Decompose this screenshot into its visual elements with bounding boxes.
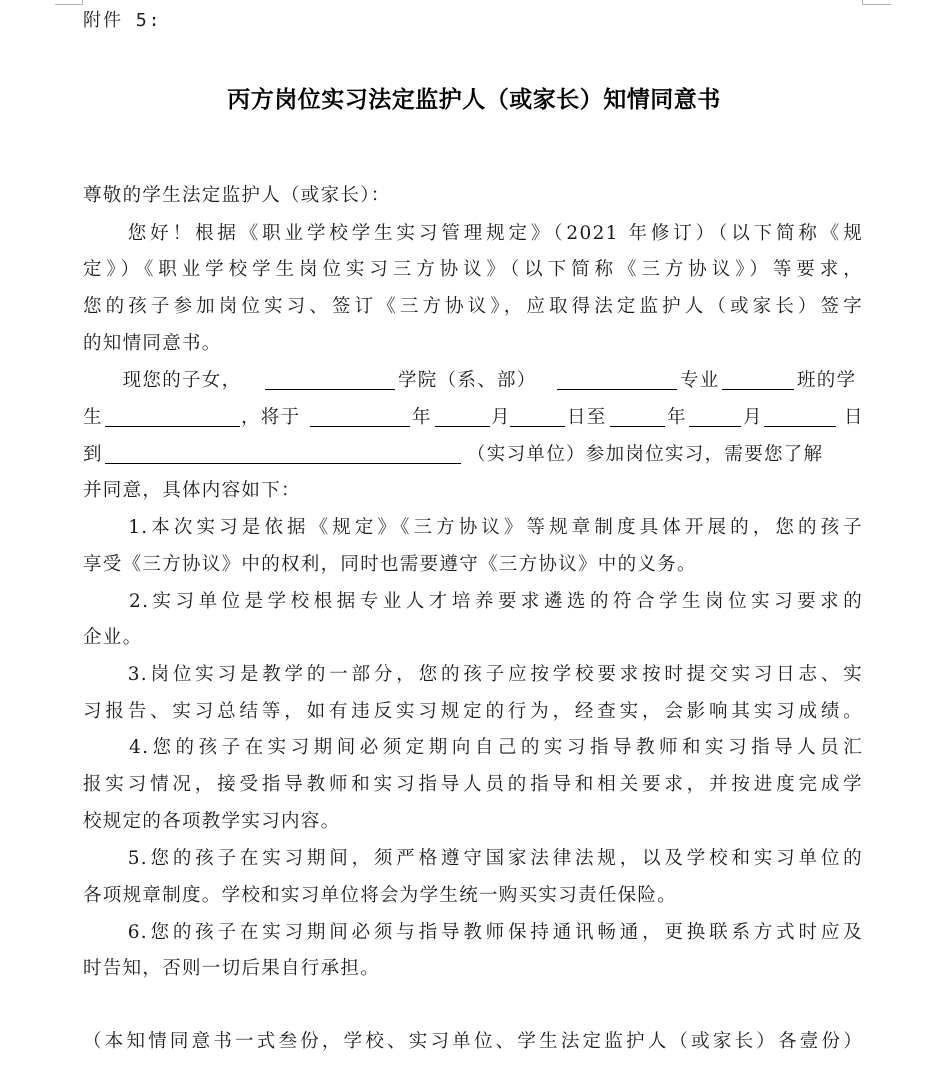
document-title: 丙方岗位实习法定监护人（或家长）知情同意书 xyxy=(0,81,948,114)
end-day-blank[interactable] xyxy=(764,426,836,427)
item-6-line-1: 6.您的孩子在实习期间必须与指导教师保持通讯畅通，更换联系方式时应及 xyxy=(83,918,863,948)
attachment-label: 附件 5: xyxy=(83,6,162,32)
item-5-line-1: 5.您的孩子在实习期间，须严格遵守国家法律法规，以及学校和实习单位的 xyxy=(83,844,863,874)
item-5-line-2: 各项规章制度。学校和实习单位将会为学生统一购买实习责任保险。 xyxy=(83,881,863,911)
end-year-blank[interactable] xyxy=(610,426,665,427)
item-3-line-1: 3.岗位实习是教学的一部分，您的孩子应按学校要求按时提交实习日志、实 xyxy=(83,660,863,690)
item-6-line-2: 时告知，否则一切后果自行承担。 xyxy=(83,954,863,984)
internship-unit-blank[interactable] xyxy=(105,463,461,464)
start-year-blank[interactable] xyxy=(310,426,410,427)
item-4-line-3: 校规定的各项教学实习内容。 xyxy=(83,807,863,837)
item-4-line-1: 4.您的孩子在实习期间必须定期向自己的实习指导教师和实习指导人员汇 xyxy=(83,733,863,763)
item-2-line-2: 企业。 xyxy=(83,623,863,653)
year-label-2: 年 xyxy=(667,403,687,433)
start-month-blank[interactable] xyxy=(435,426,490,427)
college-blank[interactable] xyxy=(265,389,395,390)
start-day-blank[interactable] xyxy=(510,426,565,427)
item-1-line-2: 享受《三方协议》中的权利，同时也需要遵守《三方协议》中的义务。 xyxy=(83,550,863,580)
class-suffix: 班的学 xyxy=(797,366,856,396)
item-2-line-1: 2.实习单位是学校根据专业人才培养要求遴选的符合学生岗位实习要求的 xyxy=(83,587,863,617)
intro-line-2: 定》）《职业学校学生岗位实习三方协议》（以下简称《三方协议》）等要求， xyxy=(83,255,863,285)
major-suffix: 专业 xyxy=(680,366,720,396)
form-line-4: 并同意，具体内容如下： xyxy=(83,476,863,506)
end-month-blank[interactable] xyxy=(689,426,741,427)
salutation: 尊敬的学生法定监护人（或家长）： xyxy=(83,181,863,211)
form-line1-prefix: 现您的子女， xyxy=(83,366,241,396)
item-4-line-2: 报实习情况，接受指导教师和实习指导人员的指导和相关要求，并按进度完成学 xyxy=(83,770,863,800)
day-label-2: 日 xyxy=(844,403,864,433)
page-corner-mark-left xyxy=(55,0,83,5)
page-corner-mark-right xyxy=(862,0,891,5)
form-line-1: 现您的子女， 学院（系、部） 专业 班的学 xyxy=(83,366,863,396)
year-label-1: 年 xyxy=(412,403,432,433)
month-label-2: 月 xyxy=(743,403,763,433)
intro-line-3: 您的孩子参加岗位实习、签订《三方协议》，应取得法定监护人（或家长）签字 xyxy=(83,292,863,322)
college-suffix: 学院（系、部） xyxy=(398,366,537,396)
day-to-label: 日至 xyxy=(567,403,607,433)
class-blank[interactable] xyxy=(722,389,794,390)
month-label-1: 月 xyxy=(491,403,511,433)
item-1-line-1: 1.本次实习是依据《规定》《三方协议》等规章制度具体开展的，您的孩子 xyxy=(83,513,863,543)
form-line3-suffix: （实习单位）参加岗位实习，需要您了解 xyxy=(467,440,823,470)
intro-line-1: 您好！根据《职业学校学生实习管理规定》（2021 年修订）（以下简称《规 xyxy=(83,219,863,249)
form-line-2: 生 ，将于 年 月 日至 年 月 日 xyxy=(83,403,863,433)
item-3-line-2: 习报告、实习总结等，如有违反实习规定的行为，经查实，会影响其实习成绩。 xyxy=(83,697,863,727)
will-text: ，将于 xyxy=(241,403,300,433)
form-line3-prefix: 到 xyxy=(83,440,103,470)
footer-note: （本知情同意书一式叁份，学校、实习单位、学生法定监护人（或家长）各壹份） xyxy=(83,1027,863,1053)
student-name-blank[interactable] xyxy=(105,426,240,427)
form-line-3: 到 （实习单位）参加岗位实习，需要您了解 xyxy=(83,440,863,470)
major-blank[interactable] xyxy=(557,389,677,390)
form-line2-prefix: 生 xyxy=(83,403,103,433)
intro-line-4: 的知情同意书。 xyxy=(83,329,863,359)
